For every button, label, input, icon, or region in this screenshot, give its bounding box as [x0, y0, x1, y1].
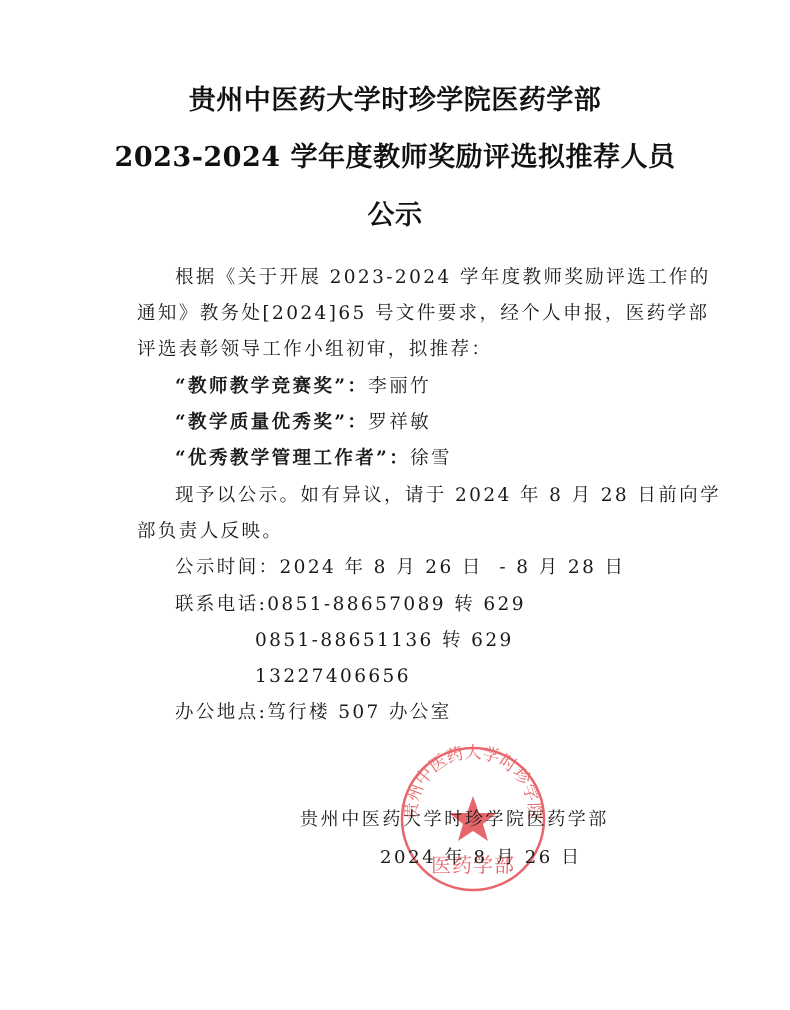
intro-line-3: 评选表彰领导工作小组初审，拟推荐： — [137, 338, 637, 362]
office-location: 办公地点:笃行楼 507 办公室 — [175, 701, 675, 725]
notice-line-2: 部负责人反映。 — [137, 520, 637, 544]
award-title: “教学质量优秀奖” — [175, 412, 347, 433]
contact-label: 联系电话: — [175, 594, 267, 615]
award-recipient: 罗祥敏 — [368, 412, 431, 433]
signature-date: 2024 年 8 月 26 日 — [380, 843, 582, 869]
award-row-teaching-management: “优秀教学管理工作者”：徐雪 — [175, 447, 675, 471]
signature-organization: 贵州中医药大学时珍学院医药学部 — [300, 805, 609, 831]
award-recipient: 李丽竹 — [368, 376, 431, 397]
award-row-teaching-quality: “教学质量优秀奖”：罗祥敏 — [175, 411, 675, 435]
award-recipient: 徐雪 — [410, 448, 452, 469]
award-separator: ： — [389, 448, 410, 469]
notice-line-1: 现予以公示。如有异议，请于 2024 年 8 月 28 日前向学 — [175, 484, 675, 508]
title-line-subject: 2023-2024 学年度教师奖励评选拟推荐人员 — [0, 135, 790, 174]
contact-phone-3: 13227406656 — [255, 665, 755, 689]
award-title: “教师教学竞赛奖” — [175, 376, 347, 397]
document-page: 贵州中医药大学时珍学院医药学部 2023-2024 学年度教师奖励评选拟推荐人员… — [0, 0, 790, 1010]
award-separator: ： — [347, 376, 368, 397]
title-line-institution: 贵州中医药大学时珍学院医药学部 — [0, 78, 790, 117]
contact-phone-1: 0851-88657089 转 629 — [267, 594, 526, 615]
intro-line-1: 根据《关于开展 2023-2024 学年度教师奖励评选工作的 — [175, 266, 675, 290]
intro-line-2: 通知》教务处[2024]65 号文件要求，经个人申报，医药学部 — [137, 302, 637, 326]
award-title: “优秀教学管理工作者” — [175, 448, 389, 469]
contact-phone-row: 联系电话:0851-88657089 转 629 — [175, 593, 675, 617]
award-row-teaching-competition: “教师教学竞赛奖”：李丽竹 — [175, 375, 675, 399]
publicity-period: 公示时间：2024 年 8 月 26 日 - 8 月 28 日 — [175, 556, 675, 580]
contact-phone-2: 0851-88651136 转 629 — [255, 629, 755, 653]
award-separator: ： — [347, 412, 368, 433]
title-line-notice: 公示 — [0, 193, 790, 232]
